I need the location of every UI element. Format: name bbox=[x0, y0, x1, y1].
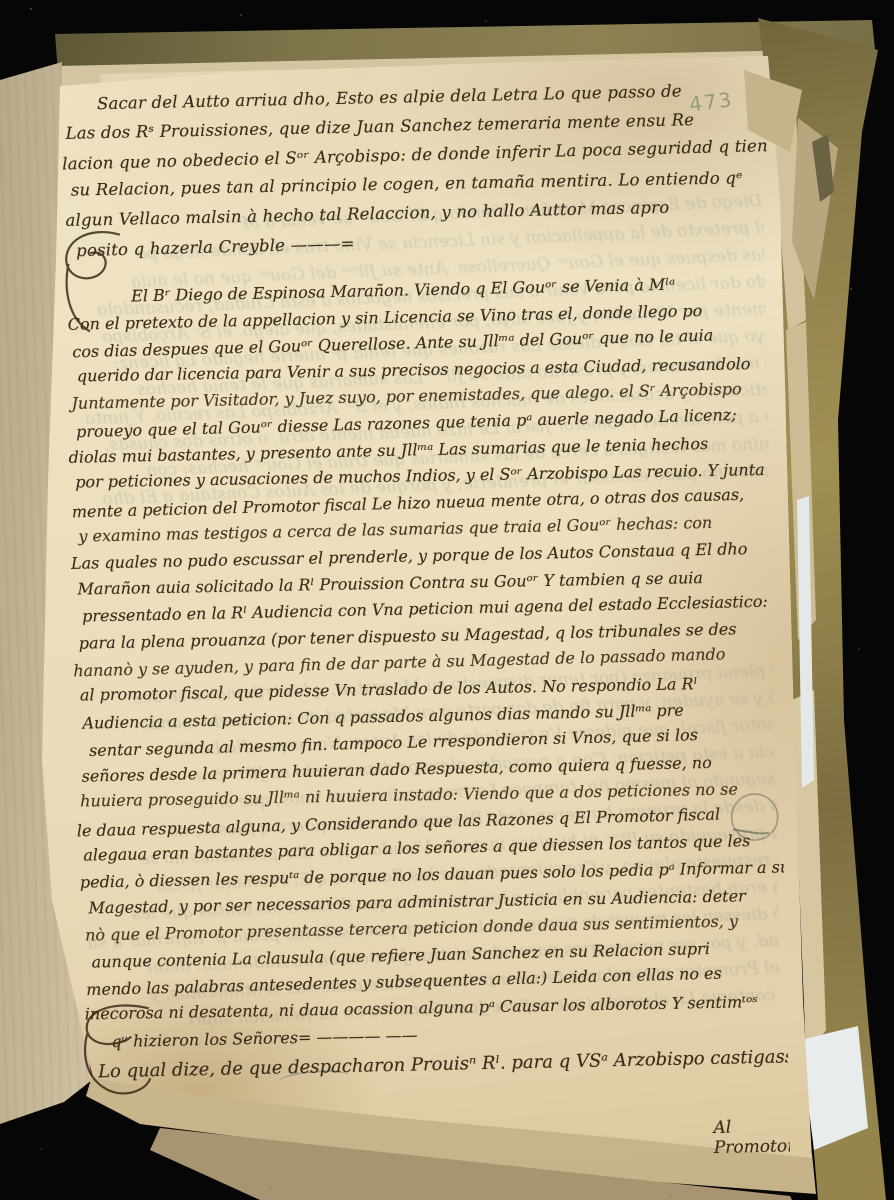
text-layer: 473 48 Sacar del Autto arriua dho, Esto … bbox=[60, 45, 790, 1190]
catchword: Al Promotor bbox=[713, 1116, 790, 1158]
paragraph: Sacar del Autto arriua dho, Esto es alpi… bbox=[60, 45, 770, 264]
manuscript-body: Sacar del Autto arriua dho, Esto es alpi… bbox=[60, 45, 788, 1083]
paragraph: El Bʳ Diego de Espinosa Marañon. Viendo … bbox=[65, 270, 788, 1056]
dust-specks bbox=[30, 8, 32, 10]
manuscript-photo: El Bʳ Diego de Espinosa Marañon. Viendo … bbox=[0, 0, 894, 1200]
